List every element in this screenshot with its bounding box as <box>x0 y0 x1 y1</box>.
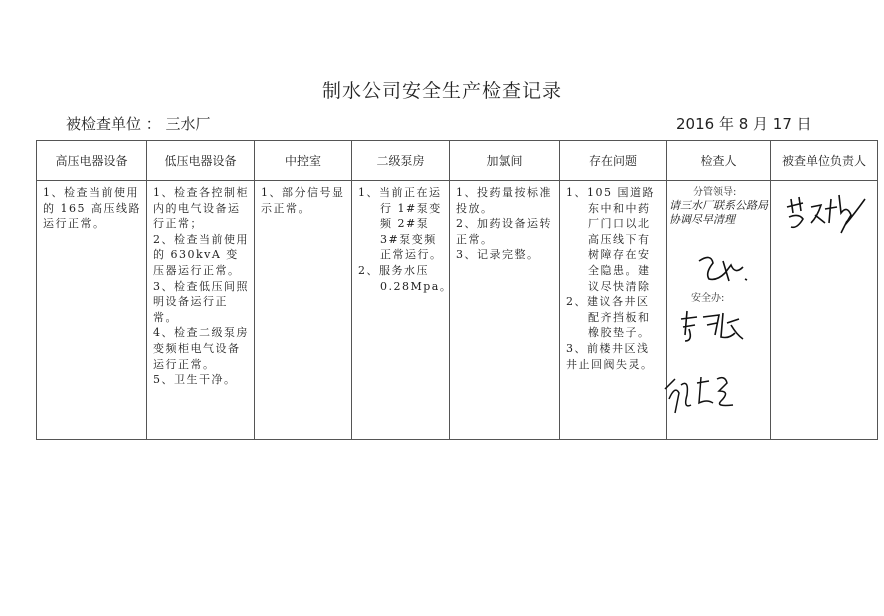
header-row: 高压电器设备 低压电器设备 中控室 二级泵房 加氯间 存在问题 检查人 被查单位… <box>37 141 878 181</box>
col-responsible: 被查单位负责人 <box>771 141 878 181</box>
list-item: 1、检查当前使用的 165 高压线路运行正常。 <box>43 185 141 232</box>
leader-signature <box>695 251 755 285</box>
col-low-voltage: 低压电器设备 <box>147 141 255 181</box>
list-item: 5、卫生干净。 <box>153 372 249 388</box>
list-item: 4、检查二级泵房变频柜电气设备运行正常。 <box>153 325 249 372</box>
list-item: 1、105 国道路东中和中药厂门口以北高压线下有树障存在安全隐患。建议尽快清除 <box>566 185 661 294</box>
cell-low-voltage: 1、检查各控制柜内的电气设备运行正常； 2、检查当前使用的 630kvA 变压器… <box>147 181 255 440</box>
cell-inspector: 分管领导: 请三水厂联系公路局协调尽早清理 安全办: <box>667 181 771 440</box>
document-title: 制水公司安全生产检查记录 <box>0 76 884 103</box>
cell-chlorination: 1、投药量按标准投放。 2、加药设备运转正常。 3、记录完整。 <box>450 181 560 440</box>
list-item: 3、记录完整。 <box>456 247 554 263</box>
inspected-unit: 被检查单位 ： 三水厂 <box>66 113 211 134</box>
cell-control-room: 1、部分信号显示正常。 <box>255 181 352 440</box>
list-item: 1、当前正在运行 1#泵变频 2#泵 3#泵变频正常运行。 <box>358 185 444 263</box>
cell-pump-house: 1、当前正在运行 1#泵变频 2#泵 3#泵变频正常运行。 2、服务水压 0.2… <box>352 181 450 440</box>
cell-issues: 1、105 国道路东中和中药厂门口以北高压线下有树障存在安全隐患。建议尽快清除 … <box>560 181 667 440</box>
third-signature <box>661 369 741 417</box>
list-item: 1、投药量按标准投放。 <box>456 185 554 216</box>
leader-note: 请三水厂联系公路局协调尽早清理 <box>669 199 769 227</box>
table-row: 1、检查当前使用的 165 高压线路运行正常。 1、检查各控制柜内的电气设备运行… <box>37 181 878 440</box>
list-item: 1、部分信号显示正常。 <box>261 185 346 216</box>
col-chlorination: 加氯间 <box>450 141 560 181</box>
list-item: 2、服务水压 0.28Mpa。 <box>358 263 444 294</box>
col-inspector: 检查人 <box>667 141 771 181</box>
safety-signature <box>679 305 749 345</box>
list-item: 2、建议各井区配齐挡板和橡胶垫子。 <box>566 294 661 341</box>
col-high-voltage: 高压电器设备 <box>37 141 147 181</box>
inspection-table: 高压电器设备 低压电器设备 中控室 二级泵房 加氯间 存在问题 检查人 被查单位… <box>36 140 878 440</box>
list-item: 2、加药设备运转正常。 <box>456 216 554 247</box>
col-issues: 存在问题 <box>560 141 667 181</box>
cell-responsible <box>771 181 878 440</box>
cell-high-voltage: 1、检查当前使用的 165 高压线路运行正常。 <box>37 181 147 440</box>
list-item: 1、检查各控制柜内的电气设备运行正常； <box>153 185 249 232</box>
list-item: 2、检查当前使用的 630kvA 变压器运行正常。 <box>153 232 249 279</box>
responsible-signature <box>781 189 871 239</box>
list-item: 3、前楼井区浅井止回阀失灵。 <box>566 341 661 372</box>
col-pump-house: 二级泵房 <box>352 141 450 181</box>
list-item: 3、检查低压间照明设备运行正常。 <box>153 279 249 326</box>
col-control-room: 中控室 <box>255 141 352 181</box>
inspection-date: 2016 年 8 月 17 日 <box>676 113 812 134</box>
